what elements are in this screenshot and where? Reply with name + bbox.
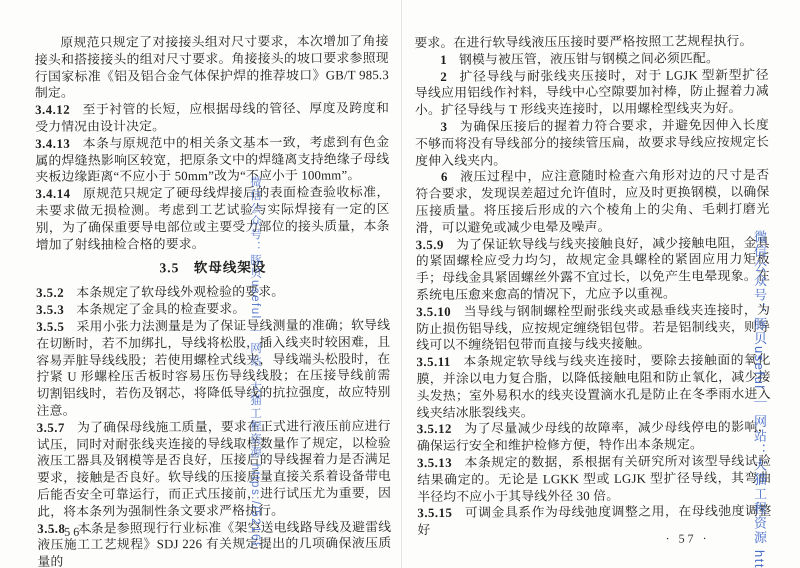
paragraph-text: 采用小张力法测量是为了保证导线测量的准确；软导线在切断时，若不加绑扎，导线将松股… [36,318,390,418]
paragraph-text: 为了确保母线施工质量，要求在正式进行液压前应进行试压，同时对耐张线夹连接的导线取… [37,419,391,519]
item-number: 3 [441,120,460,134]
clause-number: 3.5.15 [417,506,464,520]
watermark-vertical-center: 微信公众号：豚贝useful ｜ 网站：大猫工程资源 https://52168… [247,176,263,546]
clause-number: 3.5.9 [416,237,456,251]
clause-number: 3.5.10 [416,305,463,319]
paragraph: 3.5.13本条规定的数据，系根据有关研究所对该型导线试验结果确定的。无论是 L… [417,453,771,506]
paragraph: 3.5.3本条规定了金具的检查要求。 [36,300,390,319]
list-item: 1钢模与被压管，液压钳与钢模之间必须匹配。 [415,50,769,69]
paragraph-text: 扩径导线与耐张线夹压接时，对于 LGJK 型新型扩径导线应用铝线作衬料，导线中心… [415,68,769,118]
clause-number: 3.5.7 [37,420,77,434]
paragraph-text: 要求。在进行软导线液压压接时要严格按照工艺规程执行。 [414,34,752,50]
item-number: 2 [440,69,459,83]
paragraph-text: 为确保压接后的握着力符合要求，并避免因伸入长度不够而将没有导线部分的接续管压扁，… [415,118,769,168]
paragraph: 3.5.10当导线与钢制螺栓型耐张线夹或悬垂线夹连接时，为防止损伤铝导线，应按规… [416,302,770,355]
paragraph-text: 为了尽量减少母线的故障率，减少母线停电的影响，确保运行安全和维护检修方便，特作出… [417,420,771,453]
paragraph-text: 原规范只规定了硬母线焊接后的表面检查验收标准，未要求做无损检测。考虑到工艺试验与… [36,185,390,251]
left-page-body: 原规范只规定了对接接头组对尺寸要求，本次增加了角接接头和搭接接头的组对尺寸要求。… [35,33,392,568]
paragraph: 3.5.12为了尽量减少母线的故障率，减少母线停电的影响，确保运行安全和维护检修… [417,419,771,455]
paragraph-text: 原规范只规定了对接接头组对尺寸要求，本次增加了角接接头和搭接接头的组对尺寸要求。… [35,34,389,100]
paragraph: 3.4.12至于衬管的长短，应根据母线的管径、厚度及跨度和受力情况由设计决定。 [35,100,389,135]
section-heading: 3.5 软母线架设 [36,258,390,277]
list-item: 6液压过程中，应注意随时检查六角形对边的尺寸是否符合要求，发现误差超过允许值时，… [415,167,769,236]
paragraph-text: 为了保证软导线与线夹接触良好，减少接触电阻，金具的紧固螺栓应受力均匀，故规定金具… [416,235,770,302]
list-item: 2扩径导线与耐张线夹压接时，对于 LGJK 型新型扩径导线应用铝线作衬料，导线中… [415,67,769,120]
paragraph: 要求。在进行软导线液压压接时要严格按照工艺规程执行。 [414,33,768,52]
paragraph-text: 本条规定的数据，系根据有关研究所对该型导线试验结果确定的。无论是 LGKK 型或… [417,454,771,504]
paragraph-text: 可调金具系作为母线弛度调整之用，在母线弛度调整好 [417,504,771,537]
paragraph: 3.5.7为了确保母线施工质量，要求在正式进行液压前应进行试压，同时对耐张线夹连… [37,418,392,521]
paragraph-text: 钢模与被压管，液压钳与钢模之间必须匹配。 [459,51,719,67]
clause-number: 3.5.2 [36,286,76,300]
paragraph: 3.5.2本条规定了软母线外观检验的要求。 [36,283,390,302]
paragraph: 3.4.14原规范只规定了硬母线焊接后的表面检查验收标准，未要求做无损检测。考虑… [35,184,389,253]
left-page: 原规范只规定了对接接头组对尺寸要求，本次增加了角接接头和搭接接头的组对尺寸要求。… [35,0,396,568]
paragraph-text: 本条规定软导线与线夹连接时，要除去接触面的氧化膜，并涂以电力复合脂，以降低接触电… [417,353,771,420]
scanned-book-spread: 原规范只规定了对接接头组对尺寸要求，本次增加了角接接头和搭接接头的组对尺寸要求。… [0,0,800,568]
paragraph-text: 当导线与钢制螺栓型耐张线夹或悬垂线夹连接时，为防止损伤铝导线，应按规定缠绕铝包带… [416,303,770,353]
page-gutter-line [401,0,402,568]
clause-number: 3.5.5 [36,320,76,334]
paragraph-text: 本条与原规范中的相关条文基本一致，考虑到有色金属的焊缝热影响区较宽，把原条文中的… [35,135,389,184]
right-page: 要求。在进行软导线液压压接时要严格按照工艺规程执行。 1钢模与被压管，液压钳与钢… [414,0,775,568]
list-item: 3为确保压接后的握着力符合要求，并避免因伸入长度不够而将没有导线部分的接续管压扁… [415,117,769,170]
paragraph-text: 至于衬管的长短，应根据母线的管径、厚度及跨度和受力情况由设计决定。 [35,101,389,134]
right-page-body: 要求。在进行软导线液压压接时要严格按照工艺规程执行。 1钢模与被压管，液压钳与钢… [414,33,771,539]
clause-number: 3.4.12 [35,103,82,117]
paragraph-text: 液压过程中，应注意随时检查六角形对边的尺寸是否符合要求，发现误差超过允许值时，应… [415,168,769,235]
clause-number: 3.4.13 [35,136,82,150]
watermark-vertical-right-edge: 微信公众号：豚贝useful ｜ 网站：大猫工程资源 https://52168… [750,230,769,568]
page-number: · 57 · [666,531,710,546]
clause-number: 3.5.11 [416,355,463,369]
paragraph: 3.5.5采用小张力法测量是为了保证导线测量的准确；软导线在切断时，若不加绑扎，… [36,317,391,420]
paragraph: 3.4.13本条与原规范中的相关条文基本一致，考虑到有色金属的焊缝热影响区较宽，… [35,134,389,186]
clause-number: 3.4.14 [35,187,82,201]
paragraph-text: 本条规定了金具的检查要求。 [76,302,245,317]
paragraph: 3.5.9为了保证软导线与线夹接触良好，减少接触电阻，金具的紧固螺栓应受力均匀，… [416,234,770,303]
clause-number: 3.5.12 [417,422,464,436]
paragraph: 原规范只规定了对接接头组对尺寸要求，本次增加了角接接头和搭接接头的组对尺寸要求。… [35,33,389,102]
item-number: 1 [440,53,459,67]
clause-number: 3.5.13 [417,456,464,470]
page-number: · 56 · [51,525,95,540]
item-number: 6 [441,170,460,184]
clause-number: 3.5.3 [36,303,76,317]
paragraph: 3.5.15可调金具系作为母线弛度调整之用，在母线弛度调整好 [417,503,771,539]
paragraph: 3.5.11本条规定软导线与线夹连接时，要除去接触面的氧化膜，并涂以电力复合脂，… [416,352,770,421]
